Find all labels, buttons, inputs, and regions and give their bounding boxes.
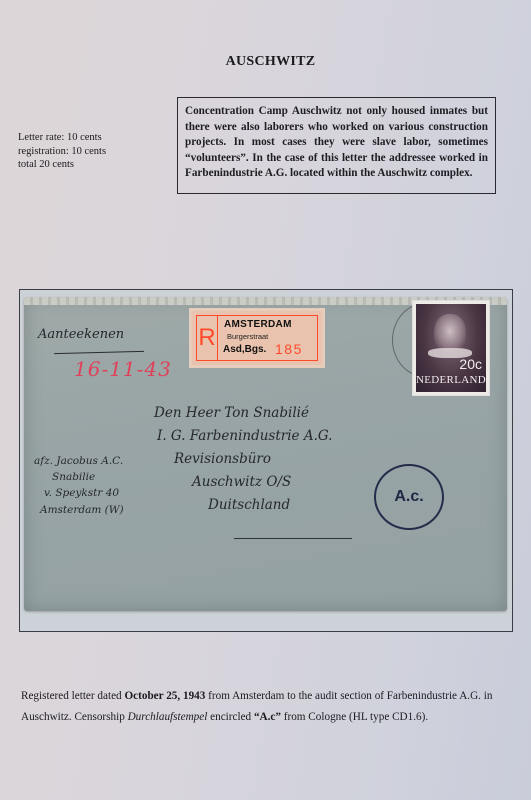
handwritten-date: 16-11-43 — [74, 357, 172, 381]
portrait-face — [434, 314, 466, 352]
address-line: Den Heer Ton Snabilié — [154, 403, 309, 424]
address-line: Duitschland — [208, 495, 290, 516]
caption-text: encircled — [207, 711, 254, 723]
sender-line: afz. Jacobus A.C. — [34, 453, 123, 469]
caption-text: Registered letter dated — [21, 690, 124, 702]
registration-r-icon: R — [197, 316, 218, 360]
address-line: I. G. Farbenindustrie A.G. — [157, 426, 332, 447]
cover-caption: Registered letter dated October 25, 1943… — [21, 686, 521, 728]
sender-line: Amsterdam (W) — [40, 502, 124, 518]
stamp-portrait-icon: 20c NEDERLAND — [416, 304, 486, 392]
sender-line: Snabilie — [52, 469, 95, 485]
marking-underline — [54, 351, 144, 354]
caption-date: October 25, 1943 — [124, 690, 205, 702]
info-box: Concentration Camp Auschwitz not only ho… — [177, 97, 496, 194]
registration-number: 185 — [275, 341, 303, 357]
address-line: Auschwitz O/S — [192, 472, 291, 493]
postage-stamp: 20c NEDERLAND — [413, 301, 489, 395]
page-title: AUSCHWITZ — [0, 54, 531, 70]
stamp-value: 20c — [459, 356, 482, 372]
stamp-country: NEDERLAND — [416, 374, 486, 386]
caption-term: Durchlaufstempel — [128, 711, 208, 723]
sender-line: v. Speykstr 40 — [44, 485, 119, 501]
caption-text: from Cologne (HL type CD1.6). — [281, 711, 428, 723]
envelope-cover: R AMSTERDAM Burgerstraat Asd,Bgs. 185 20… — [24, 297, 507, 611]
censor-mark: A.c. — [394, 488, 423, 506]
registration-label-frame: R AMSTERDAM Burgerstraat Asd,Bgs. 185 — [196, 315, 318, 361]
registration-office: AMSTERDAM — [224, 319, 292, 330]
registration-label: R AMSTERDAM Burgerstraat Asd,Bgs. 185 — [192, 311, 322, 365]
address-underline — [234, 538, 352, 539]
registration-code: Asd,Bgs. — [223, 344, 266, 355]
rate-line-total: total 20 cents — [18, 158, 106, 172]
postage-rate-note: Letter rate: 10 cents registration: 10 c… — [18, 131, 106, 172]
rate-line-letter: Letter rate: 10 cents — [18, 131, 106, 145]
caption-censor-mark: “A.c” — [254, 711, 281, 723]
registration-street: Burgerstraat — [227, 332, 268, 341]
censor-stamp-icon: A.c. — [374, 464, 444, 530]
registered-marking: Aanteekenen — [38, 327, 124, 342]
rate-line-registration: registration: 10 cents — [18, 145, 106, 159]
address-line: Revisionsbüro — [174, 449, 271, 470]
